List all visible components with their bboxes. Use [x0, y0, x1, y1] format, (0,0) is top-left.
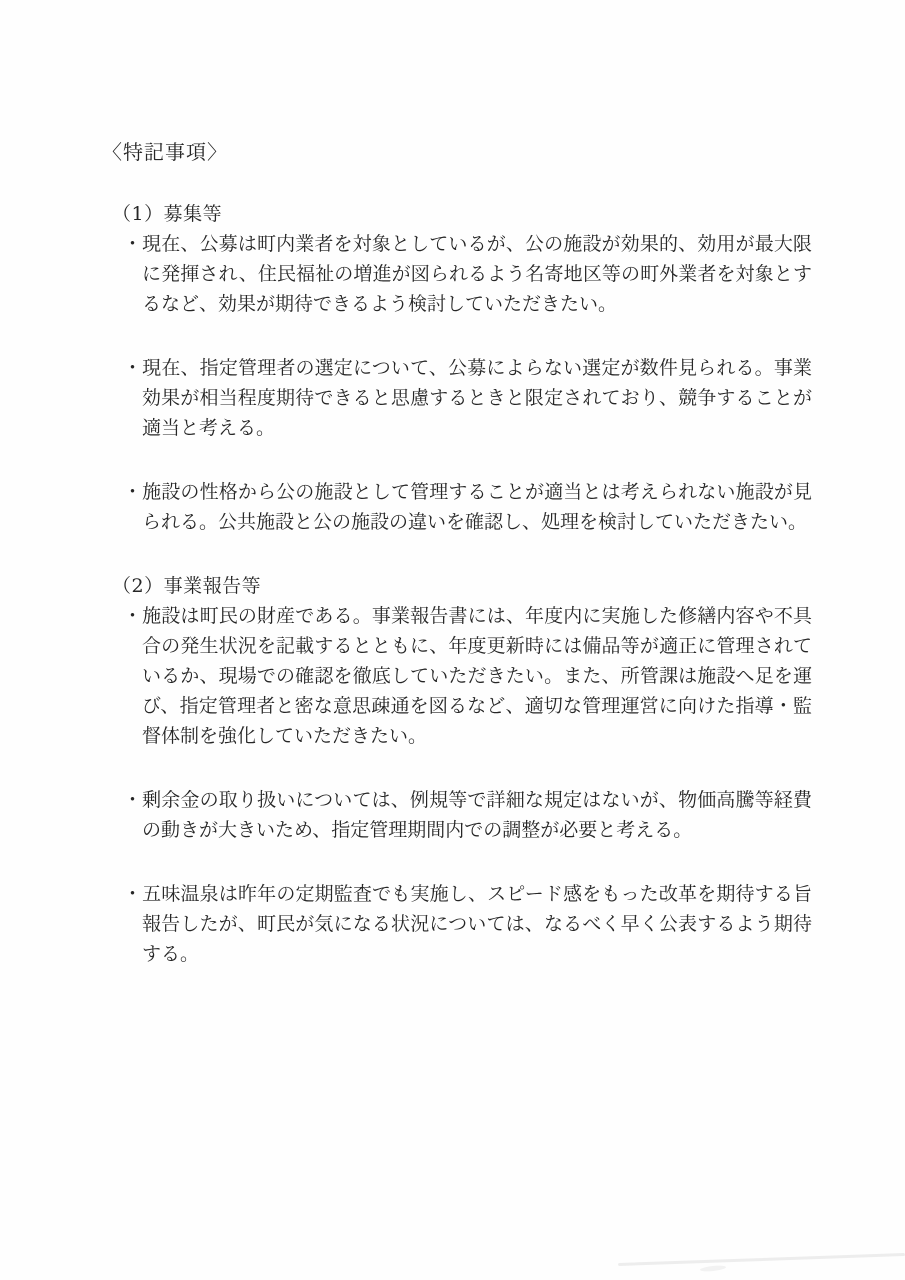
- document-page: 〈特記事項〉 （1）募集等 ・現在、公募は町内業者を対象としているが、公の施設が…: [0, 0, 905, 1280]
- scan-artifact: [618, 1253, 905, 1266]
- section-business-report: （2）事業報告等 ・施設は町民の財産である。事業報告書には、年度内に実施した修繕…: [112, 571, 812, 969]
- bullet-paragraph-1-2: ・現在、指定管理者の選定について、公募によらない選定が数件見られる。事業効果が相…: [123, 353, 812, 443]
- bullet-paragraph-2-2: ・剰余金の取り扱いについては、例規等で詳細な規定はないが、物価高騰等経費の動きが…: [123, 785, 812, 845]
- bullet-paragraph-2-1: ・施設は町民の財産である。事業報告書には、年度内に実施した修繕内容や不具合の発生…: [123, 601, 812, 751]
- bullet-paragraph-1-1: ・現在、公募は町内業者を対象としているが、公の施設が効果的、効用が最大限に発揮さ…: [123, 229, 812, 319]
- scan-speck: [700, 1265, 726, 1273]
- bullet-paragraph-1-3: ・施設の性格から公の施設として管理することが適当とは考えられない施設が見られる。…: [123, 477, 812, 537]
- section-1-heading: （1）募集等: [112, 199, 812, 229]
- bullet-paragraph-2-3: ・五味温泉は昨年の定期監査でも実施し、スピード感をもった改革を期待する旨報告した…: [123, 879, 812, 969]
- section-recruitment: （1）募集等 ・現在、公募は町内業者を対象としているが、公の施設が効果的、効用が…: [112, 199, 812, 537]
- section-2-heading: （2）事業報告等: [112, 571, 812, 601]
- document-title: 〈特記事項〉: [102, 139, 228, 165]
